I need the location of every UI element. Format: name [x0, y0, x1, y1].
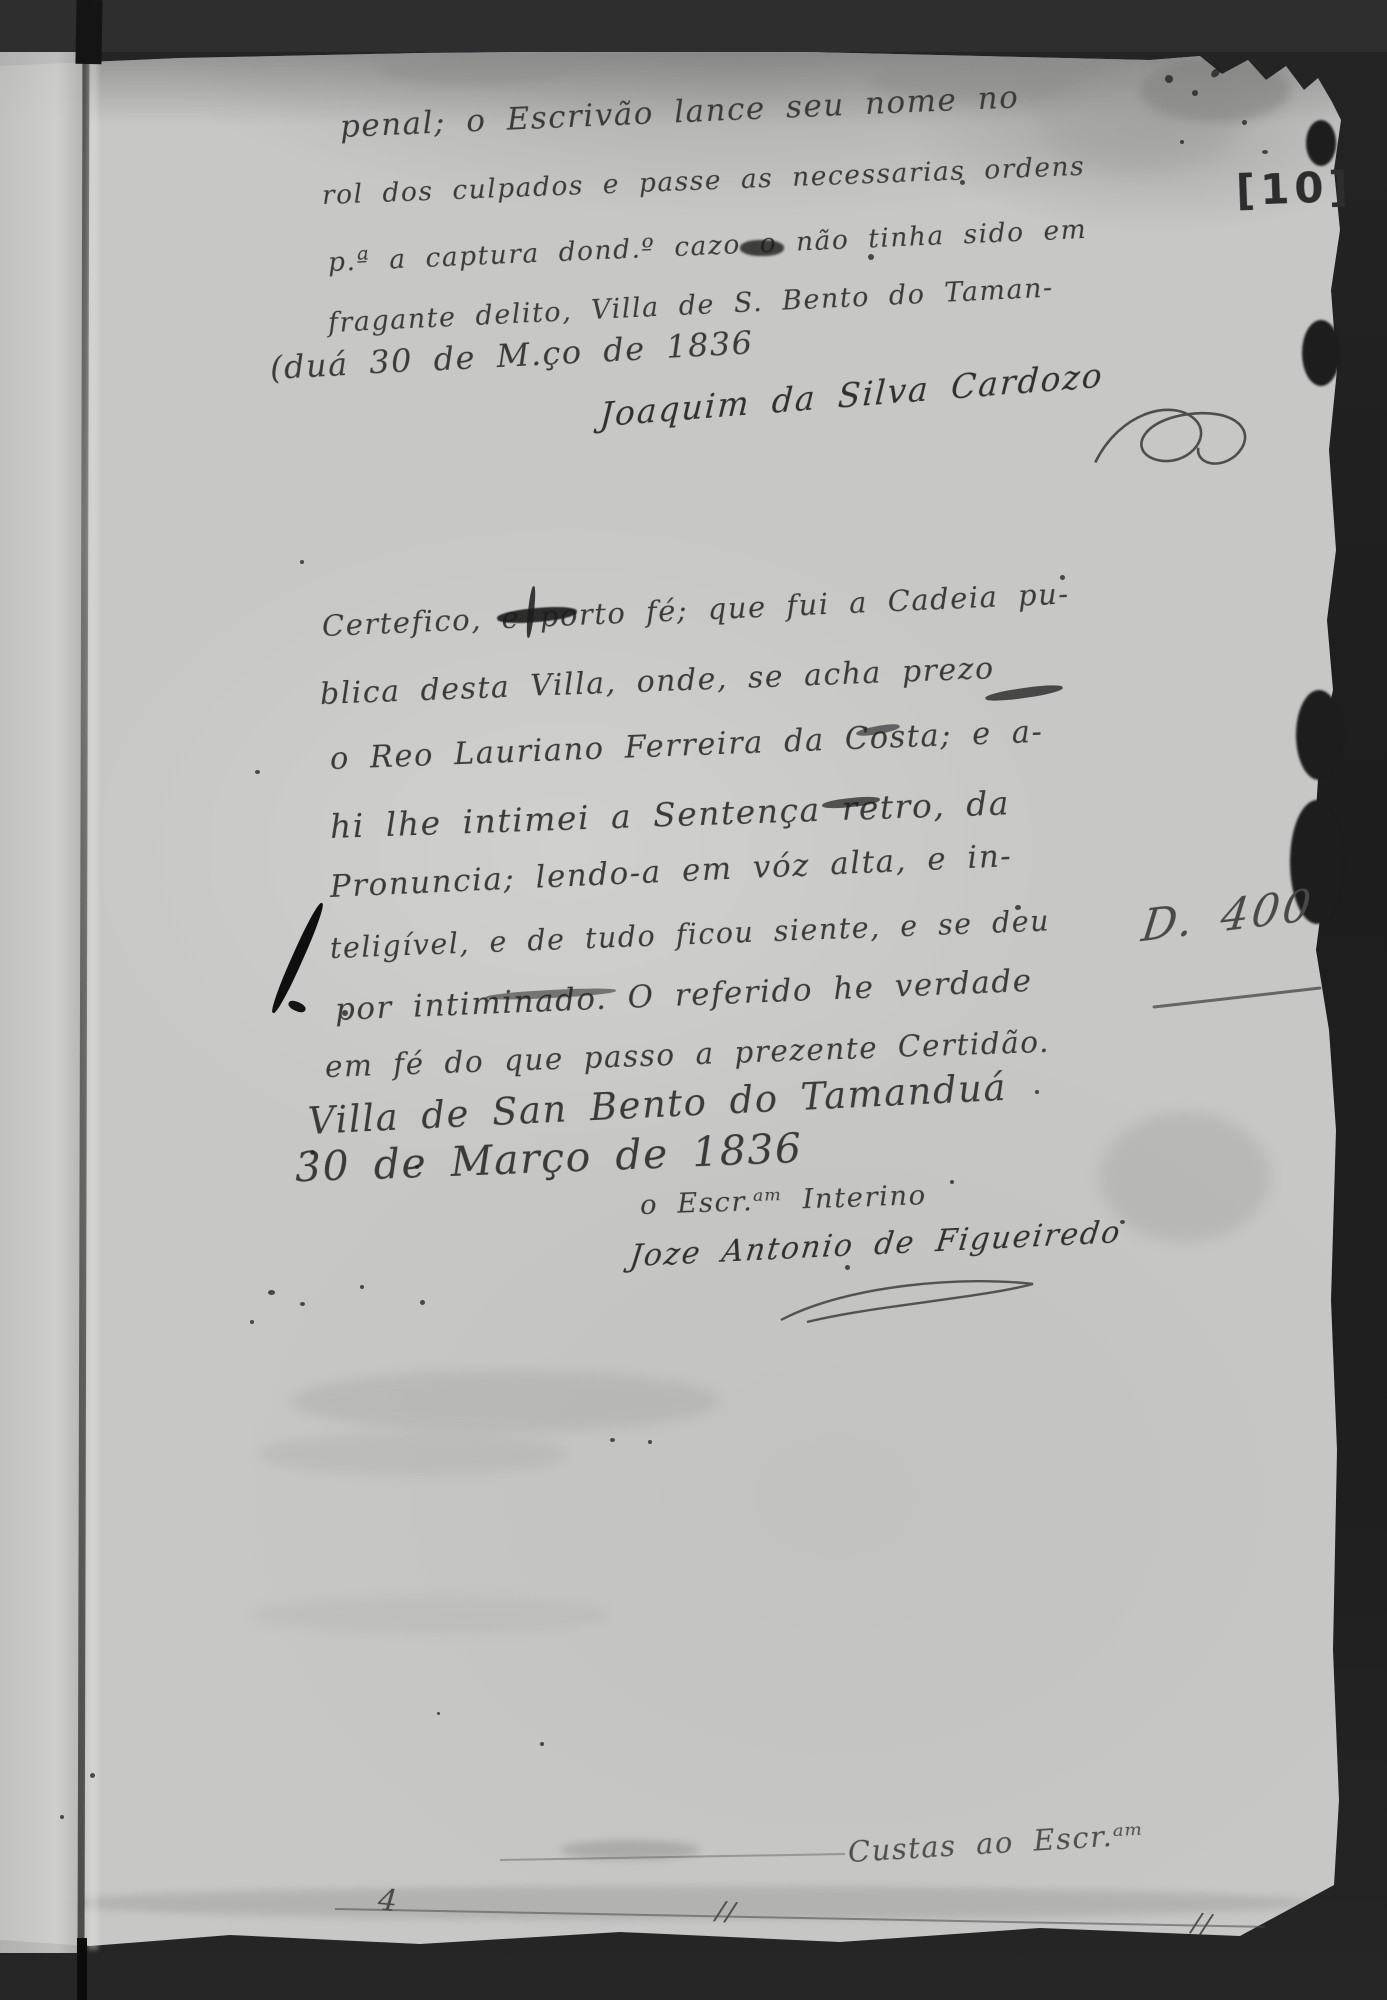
- ink-speck: [1035, 1090, 1039, 1094]
- ghost-writing: [290, 1370, 720, 1432]
- ink-speck: [60, 1815, 64, 1819]
- top-scan-band: [0, 0, 1387, 52]
- ink-speck: [1192, 90, 1198, 96]
- page-number: [10]: [1235, 166, 1353, 212]
- stain: [380, 54, 570, 84]
- ink-speck: [1242, 120, 1247, 125]
- ink-speck: [268, 1290, 275, 1295]
- ink-speck: [437, 1712, 440, 1715]
- tally-mark: //: [715, 1898, 738, 1926]
- ink-speck: [1120, 1220, 1125, 1224]
- ink-speck: [420, 1300, 425, 1305]
- ink-speck: [648, 1440, 652, 1444]
- ghost-writing: [560, 1840, 700, 1860]
- ink-blot: [740, 240, 784, 256]
- ink-speck: [950, 1180, 954, 1184]
- ink-speck: [540, 1742, 544, 1746]
- ink-speck: [300, 1302, 305, 1306]
- torn-edge-bulge: [1302, 320, 1340, 386]
- ink-speck: [1015, 905, 1021, 910]
- ink-speck: [310, 1150, 315, 1155]
- tally-mark: //: [1191, 1910, 1214, 1938]
- ink-speck: [360, 1285, 364, 1289]
- ink-speck: [1060, 575, 1065, 580]
- ink-speck: [1262, 150, 1268, 154]
- scanned-manuscript: [10] penal; o Escrivão lance seu nome no…: [0, 0, 1387, 2000]
- ink-speck: [342, 1010, 348, 1016]
- ink-speck: [90, 1773, 95, 1778]
- torn-edge-bulge: [1306, 120, 1336, 166]
- page-gap-notch: [75, 0, 102, 64]
- ink-speck: [868, 254, 874, 260]
- bottom-water-stain: [60, 1886, 1310, 1920]
- ghost-writing: [250, 1596, 610, 1634]
- ink-speck: [960, 180, 965, 185]
- crease-bottom-tail: [77, 1938, 87, 2000]
- ink-speck: [1165, 75, 1173, 83]
- torn-edge-bulge: [1296, 690, 1342, 780]
- ink-speck: [255, 770, 260, 774]
- ink-speck: [300, 560, 304, 564]
- ink-speck: [415, 1165, 419, 1169]
- ink-speck: [1180, 140, 1184, 144]
- ink-speck: [610, 1438, 615, 1442]
- ink-speck: [845, 1265, 850, 1270]
- ghost-writing: [258, 1432, 568, 1476]
- tally-mark: 4: [377, 1886, 400, 1918]
- ghost-writing: [1100, 1112, 1270, 1242]
- ink-speck: [250, 1320, 254, 1324]
